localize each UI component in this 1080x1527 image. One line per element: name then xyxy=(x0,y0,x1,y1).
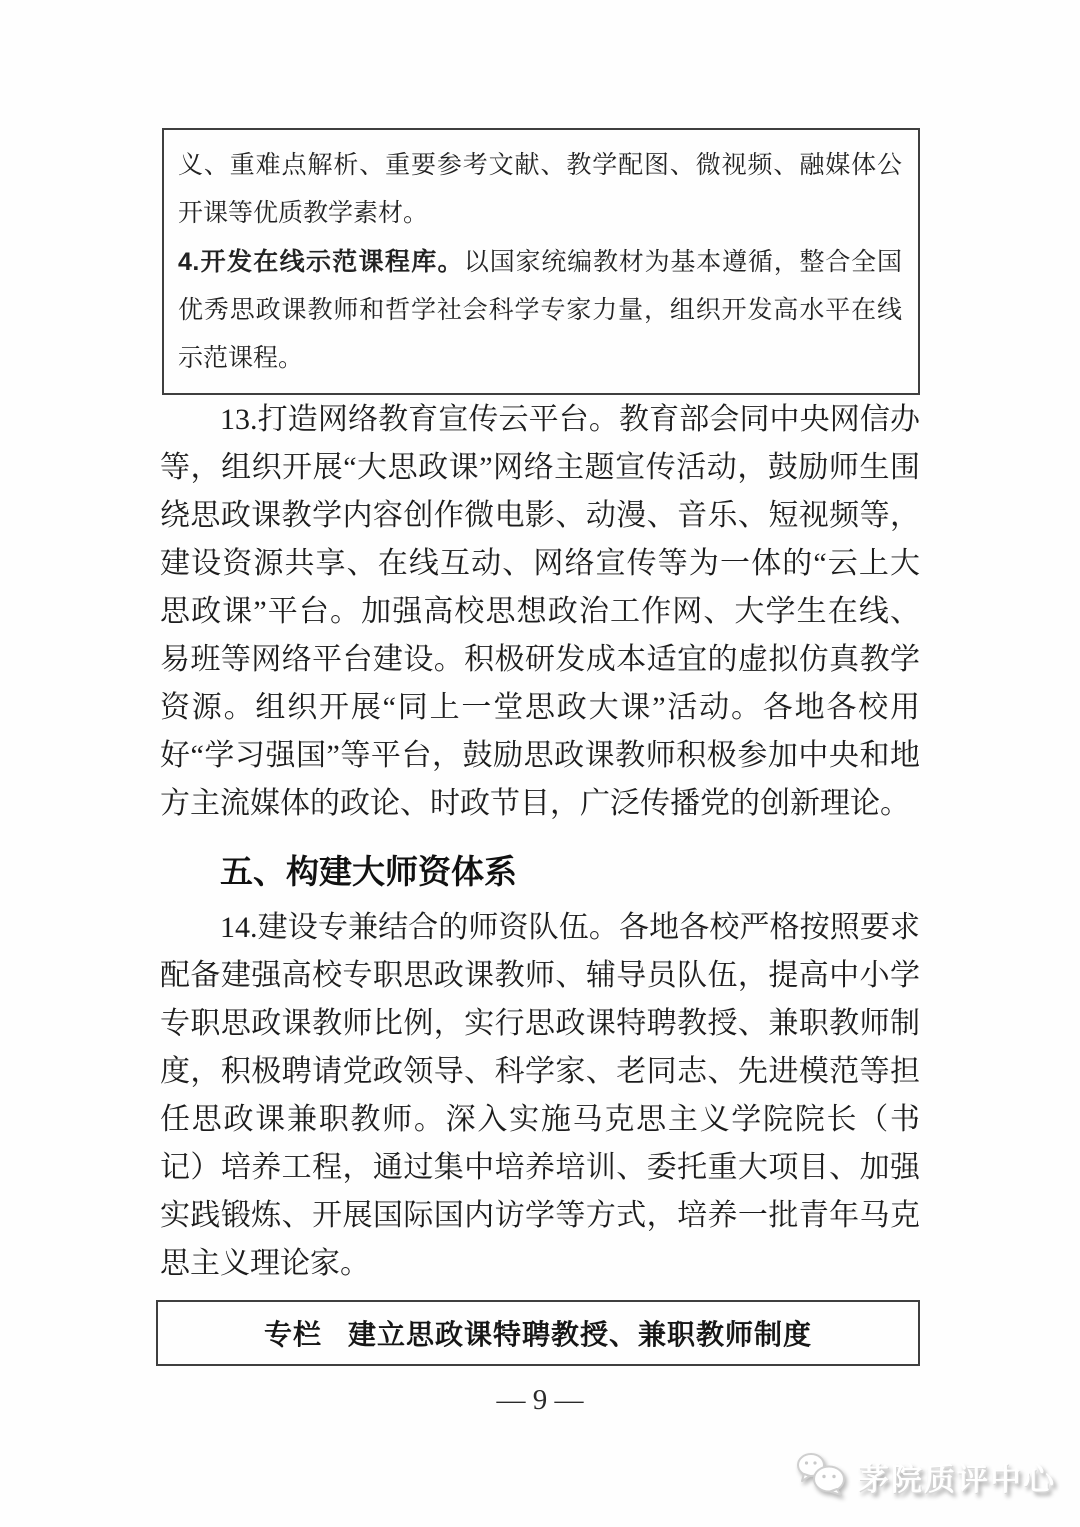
wechat-icon xyxy=(796,1452,848,1501)
paragraph-14-body: 各地各校严格按照要求配备建强高校专职思政课教师、辅导员队伍，提高中小学专职思政课… xyxy=(160,911,920,1280)
document-page: 义、重难点解析、重要参考文献、教学配图、微视频、融媒体公开课等优质教学素材。 4… xyxy=(0,0,1080,1527)
special-column-label: 专栏 xyxy=(264,1313,322,1353)
paragraph-14-lead: 14.建设专兼结合的师资队伍。 xyxy=(220,911,619,944)
paragraph-13: 13.打造网络教育宣传云平台。教育部会同中央网信办等，组织开展“大思政课”网络主… xyxy=(160,396,920,828)
special-column-box: 专栏 建立思政课特聘教授、兼职教师制度 xyxy=(156,1300,920,1366)
box-continued-paragraph: 义、重难点解析、重要参考文献、教学配图、微视频、融媒体公开课等优质教学素材。 xyxy=(178,142,902,238)
box-item4-paragraph: 4.开发在线示范课程库。以国家统编教材为基本遵循，整合全国优秀思政课教师和哲学社… xyxy=(178,238,902,383)
special-column-title: 建立思政课特聘教授、兼职教师制度 xyxy=(348,1313,812,1353)
box-item4-lead: 4.开发在线示范课程库。 xyxy=(178,248,464,276)
paragraph-13-lead: 13.打造网络教育宣传云平台。 xyxy=(220,403,619,436)
teaching-materials-box: 义、重难点解析、重要参考文献、教学配图、微视频、融媒体公开课等优质教学素材。 4… xyxy=(162,128,920,395)
paragraph-13-body: 教育部会同中央网信办等，组织开展“大思政课”网络主题宣传活动，鼓励师生围绕思政课… xyxy=(160,403,920,820)
section-heading-five: 五、构建大师资体系 xyxy=(160,848,920,896)
watermark-text: 茅院质评中心 xyxy=(858,1454,1056,1499)
paragraph-14: 14.建设专兼结合的师资队伍。各地各校严格按照要求配备建强高校专职思政课教师、辅… xyxy=(160,904,920,1288)
body-text-column: 13.打造网络教育宣传云平台。教育部会同中央网信办等，组织开展“大思政课”网络主… xyxy=(160,396,920,1288)
page-number: — 9 — xyxy=(0,1384,1080,1417)
watermark: 茅院质评中心 xyxy=(796,1452,1056,1501)
